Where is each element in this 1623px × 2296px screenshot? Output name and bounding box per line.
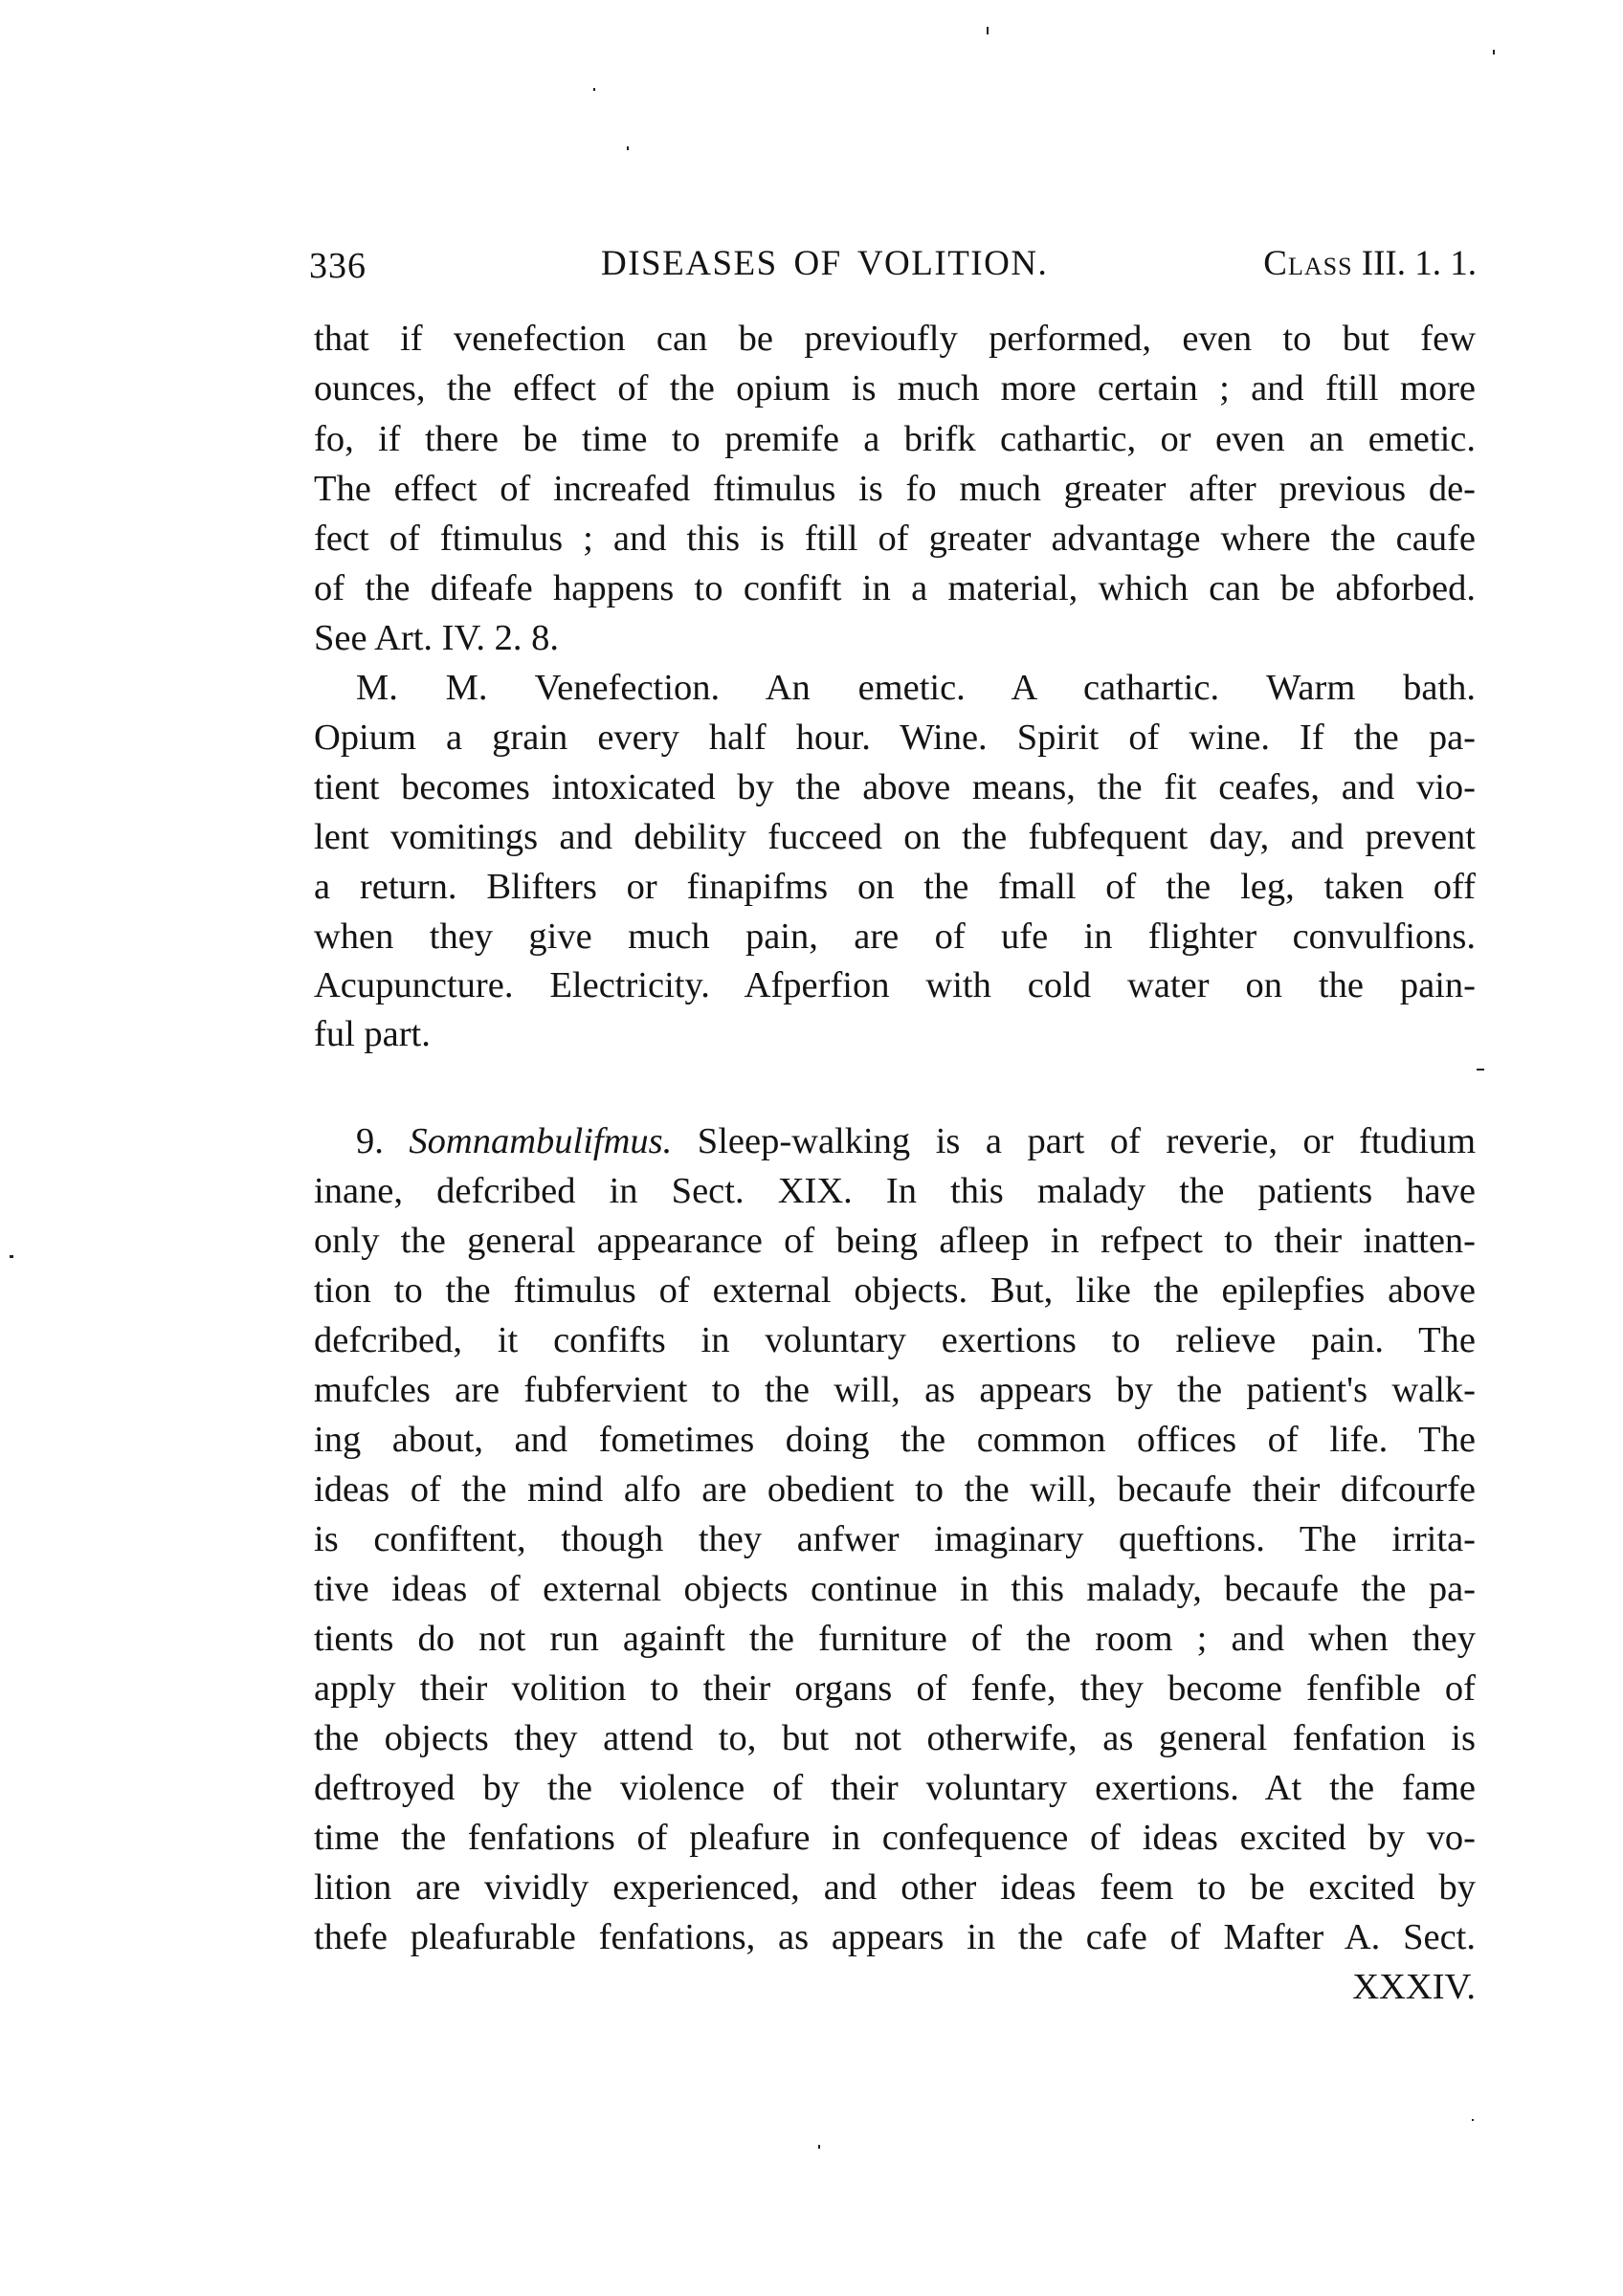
text-line: inane, defcribed in Sect. XIX. In this m… xyxy=(314,1166,1476,1216)
text-line: ful part. xyxy=(314,1009,1476,1059)
text-line: lition are vividly experienced, and othe… xyxy=(314,1863,1476,1912)
text-line: tient becomes intoxicated by the above m… xyxy=(314,762,1476,812)
class-reference: Class III. 1. 1. xyxy=(1263,243,1477,284)
scan-speck xyxy=(1472,2119,1474,2121)
scan-speck xyxy=(627,146,629,150)
text-line: M. M. Venefection. An emetic. A catharti… xyxy=(356,663,1476,713)
text-line: The effect of increafed ftimulus is fo m… xyxy=(314,464,1476,514)
chapter-title: DISEASES OF VOLITION. xyxy=(601,243,1048,284)
text-line: the objects they attend to, but not othe… xyxy=(314,1713,1476,1763)
text-line: Opium a grain every half hour. Wine. Spi… xyxy=(314,713,1476,762)
text-line: Acupuncture. Electricity. Afperfion with… xyxy=(314,960,1476,1010)
scan-speck xyxy=(1493,50,1495,55)
scan-speck xyxy=(593,88,595,91)
scan-speck xyxy=(987,27,989,34)
text-line: mufcles are fubfervient to the will, as … xyxy=(314,1365,1476,1415)
scan-speck xyxy=(818,2145,820,2149)
text-line-closing: XXXIV. xyxy=(314,1962,1476,2012)
text-line: ing about, and fometimes doing the commo… xyxy=(314,1415,1476,1465)
text-line: a return. Blifters or finapifms on the f… xyxy=(314,862,1476,912)
scan-speck xyxy=(10,1255,13,1258)
text-line: deftroyed by the violence of their volun… xyxy=(314,1763,1476,1813)
text-line-first: 9. Somnambulifmus. Sleep-walking is a pa… xyxy=(356,1116,1476,1166)
text-line: fo, if there be time to premife a brifk … xyxy=(314,414,1476,464)
book-page: 336 DISEASES OF VOLITION. Class III. 1. … xyxy=(0,0,1623,2296)
text-line: that if venefection can be previoufly pe… xyxy=(314,314,1476,364)
text-line: tion to the ftimulus of external objects… xyxy=(314,1266,1476,1315)
text-line: defcribed, it confifts in voluntary exer… xyxy=(314,1315,1476,1365)
text-line: time the fenfations of pleafure in confe… xyxy=(314,1813,1476,1863)
text-line: thefe pleafurable fenfations, as appears… xyxy=(314,1912,1476,1962)
text-line: ideas of the mind alfo are obedient to t… xyxy=(314,1465,1476,1514)
text-line: apply their volition to their organs of … xyxy=(314,1664,1476,1713)
text-line: tients do not run againft the furniture … xyxy=(314,1614,1476,1664)
text-line: only the general appearance of being afl… xyxy=(314,1216,1476,1266)
text-line: fect of ftimulus ; and this is ftill of … xyxy=(314,514,1476,563)
text-line: ounces, the effect of the opium is much … xyxy=(314,364,1476,413)
text-line: See Art. IV. 2. 8. xyxy=(314,613,1476,663)
running-head: 336 DISEASES OF VOLITION. Class III. 1. … xyxy=(309,241,1477,289)
section-term: Somnambulifmus. xyxy=(409,1121,672,1161)
text-line: when they give much pain, are of ufe in … xyxy=(314,912,1476,961)
class-number: III. 1. 1. xyxy=(1362,244,1477,283)
text-line: tive ideas of external objects continue … xyxy=(314,1564,1476,1614)
text-line: of the difeafe happens to confift in a m… xyxy=(314,563,1476,613)
text-line: is confiftent, though they anfwer imagin… xyxy=(314,1514,1476,1564)
section-number: 9. xyxy=(356,1121,384,1161)
class-label: Class xyxy=(1263,244,1352,283)
text-line: lent vomitings and debility fucceed on t… xyxy=(314,812,1476,862)
scan-speck xyxy=(1477,1069,1484,1071)
section-lead-text: Sleep-walking is a part of reverie, or f… xyxy=(698,1121,1476,1161)
page-number: 336 xyxy=(309,245,367,287)
